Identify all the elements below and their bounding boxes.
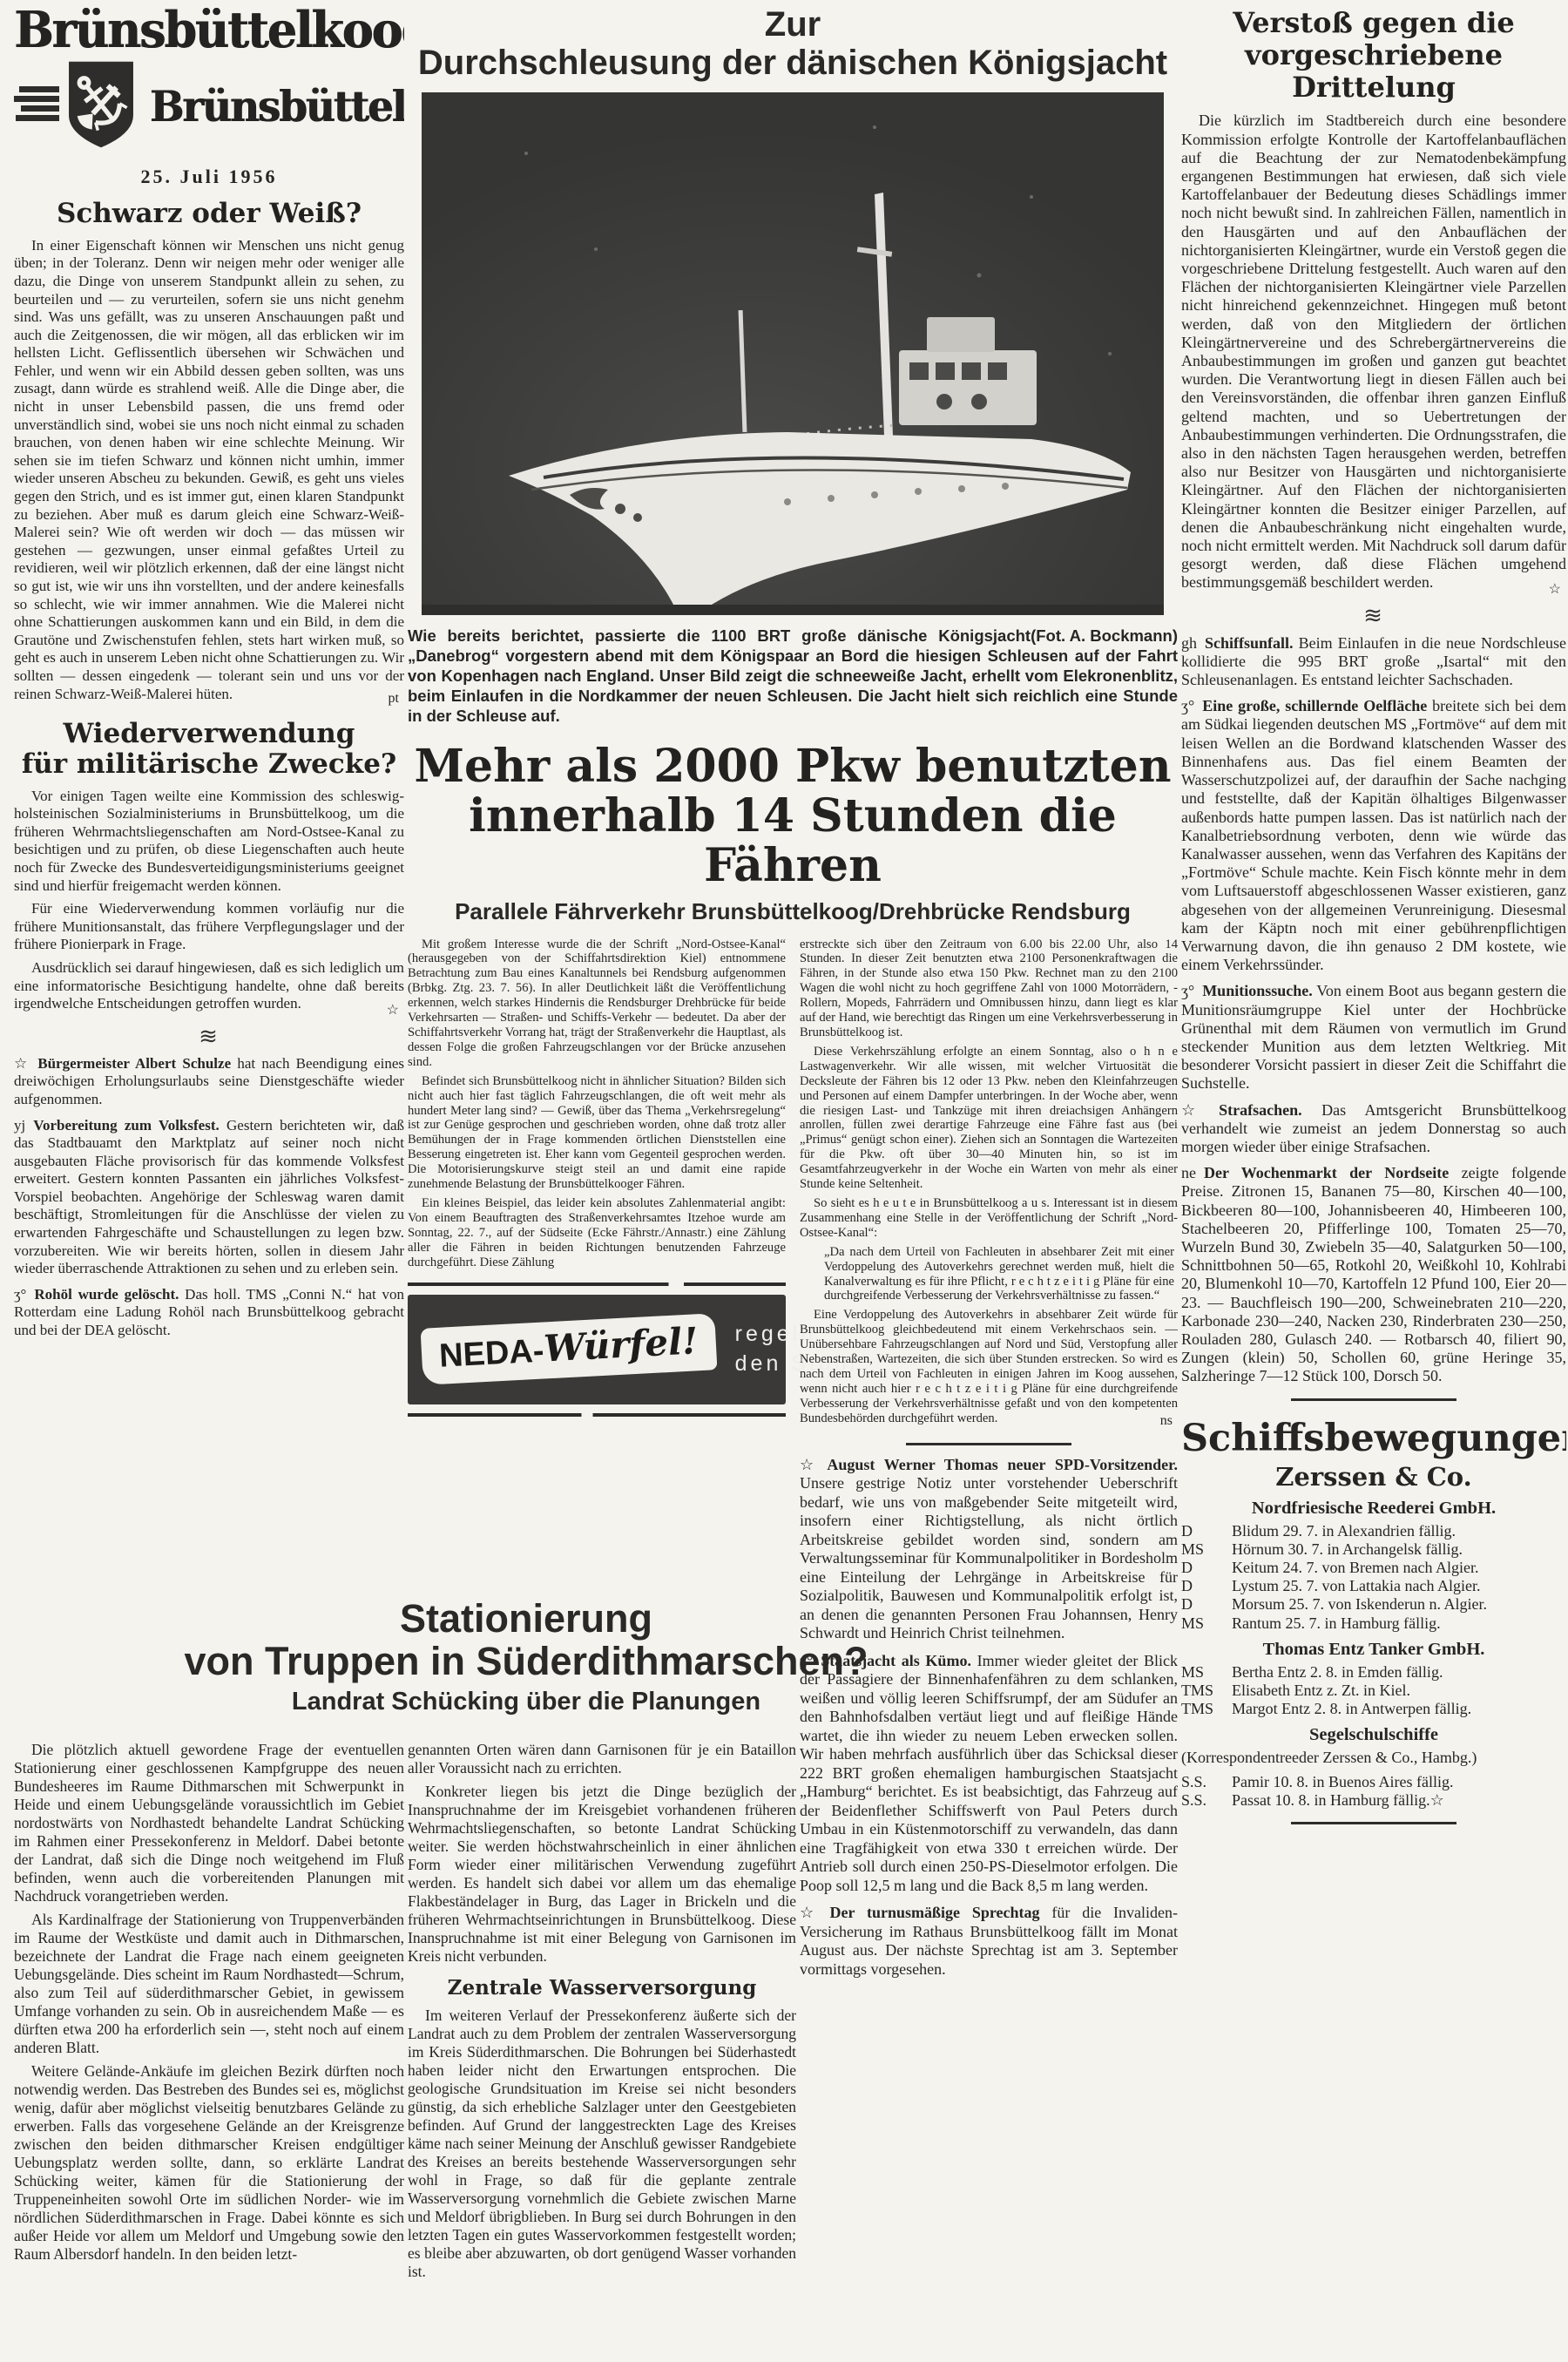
news-item: ʒ°Eine große, schillernde Oelfläche brei…: [1181, 697, 1566, 974]
ship-movements-title: Schiffsbewegungen: [1181, 1417, 1566, 1460]
paragraph: Vor einigen Tagen weilte eine Kommission…: [14, 788, 404, 896]
wave-divider-icon: ≋: [1181, 605, 1566, 627]
ship-line: DLystum 25. 7. von Lattakia nach Algier.: [1181, 1577, 1566, 1595]
coat-of-arms-shield-icon: [63, 58, 139, 155]
headline-line-2: vorgeschriebene Drittelung: [1181, 39, 1566, 104]
ship-info: Keitum 24. 7. von Bremen nach Algier.: [1232, 1559, 1478, 1577]
correspondent-note: (Korrespondentreeder Zerssen & Co., Hamb…: [1181, 1749, 1566, 1767]
stationierung-headline: Stationierung von Truppen in Süderdithma…: [21, 1598, 1031, 1716]
article-title: Wiederverwendung für militärische Zwecke…: [14, 719, 404, 779]
item-text: zeigte folgende Preise. Zitronen 15, Ban…: [1181, 1164, 1566, 1384]
shipping-company-header: Thomas Entz Tanker GmbH.: [1181, 1640, 1566, 1660]
newspaper-page: Brünsbüttelkoog: [0, 0, 1568, 2362]
news-item: yjVorbereitung zum Volksfest. Gestern be…: [14, 1117, 404, 1278]
news-item: ☆Strafsachen. Das Amtsgericht Brunsbütte…: [1181, 1101, 1566, 1157]
ship-info: Elisabeth Entz z. Zt. in Kiel.: [1232, 1682, 1410, 1700]
paragraph: Befindet sich Brunsbüttelkoog nicht in ä…: [408, 1074, 786, 1192]
ferry-article-subhead: Parallele Fährverkehr Brunsbüttelkoog/Dr…: [408, 898, 1178, 925]
star-icon: ☆: [1181, 1101, 1211, 1119]
photo-credit: (Fot. A. Bockmann): [1031, 626, 1178, 646]
paragraph: Konkreter liegen bis jetzt die Dinge bez…: [408, 1783, 796, 1966]
ship-line: DMorsum 25. 7. von Iskenderun n. Algier.: [1181, 1595, 1566, 1614]
ad-brand-text: NEDA-: [438, 1333, 544, 1375]
news-item: neDer Wochenmarkt der Nordseite zeigte f…: [1181, 1164, 1566, 1385]
paragraph: genannten Orten wären dann Garnisonen fü…: [408, 1741, 796, 1777]
title-line-1: Wiederverwendung: [14, 719, 404, 749]
news-item: ʒ°Rohöl wurde gelöscht. Das holl. TMS „C…: [14, 1286, 404, 1340]
ship-line: TMSElisabeth Entz z. Zt. in Kiel.: [1181, 1682, 1566, 1700]
news-item: ghSchiffsunfall. Beim Einlaufen in die n…: [1181, 634, 1566, 690]
stationierung-body-left: Die plötzlich aktuell gewordene Frage de…: [14, 1741, 404, 2359]
ship-info: Pamir 10. 8. in Buenos Aires fällig.: [1232, 1773, 1453, 1791]
ship-line: MSBertha Entz 2. 8. in Emden fällig.: [1181, 1663, 1566, 1682]
water-supply-subhead: Zentrale Wasserversorgung: [408, 1976, 796, 2000]
ship-line: DBlidum 29. 7. in Alexandrien fällig.: [1181, 1522, 1566, 1540]
paragraph: Ein kleines Beispiel, das leider kein ab…: [408, 1196, 786, 1270]
ad-bottom-rule: [408, 1413, 786, 1417]
issue-date: 25. Juli 1956: [14, 166, 404, 188]
article-schwarz-oder-weiss: Schwarz oder Weiß? In einer Eigenschaft …: [14, 199, 404, 708]
item-lead: Eine große, schillernde Oelfläche: [1202, 697, 1427, 714]
article-body: Die kürzlich im Stadtbereich durch eine …: [1181, 112, 1566, 592]
ad-brand-script: Würfel!: [543, 1319, 700, 1370]
ship-info: Margot Entz 2. 8. in Antwerpen fällig.: [1232, 1700, 1471, 1718]
center-news-items: ☆August Werner Thomas neuer SPD-Vorsitze…: [800, 1456, 1178, 1980]
right-news-items: ghSchiffsunfall. Beim Einlaufen in die n…: [1181, 634, 1566, 1386]
paragraph: erstreckte sich über den Zeitraum von 6.…: [800, 937, 1178, 1040]
paragraph: Im weiteren Verlauf der Pressekonferenz …: [408, 2007, 796, 2281]
quotation-paragraph: „Da nach dem Urteil von Fachleuten in ab…: [800, 1245, 1178, 1304]
neda-advertisement: NEDA-Würfel! regeln den Stuhl: [408, 1295, 786, 1404]
paragraph: Eine Verdoppelung des Autoverkehrs in ab…: [800, 1308, 1178, 1425]
typesetter-mark-icon: gh: [1181, 634, 1197, 652]
paragraph: Für eine Wiederverwendung kommen vorläuf…: [14, 900, 404, 954]
ship-info: Passat 10. 8. in Hamburg fällig.: [1232, 1791, 1430, 1810]
ship-info: Blidum 29. 7. in Alexandrien fällig.: [1232, 1522, 1456, 1540]
typesetter-mark-icon: ne: [1181, 1164, 1196, 1181]
right-column: Verstoß gegen die vorgeschriebene Dritte…: [1181, 7, 1566, 2359]
masthead-row: Brünsbüttel: [14, 58, 404, 155]
ship-type: S.S.: [1181, 1773, 1232, 1791]
item-lead: Der Wochenmarkt der Nordseite: [1204, 1164, 1449, 1181]
ad-top-rule: [408, 1283, 786, 1286]
news-item: ☆Der turnusmäßige Sprechtag für die Inva…: [800, 1904, 1178, 1979]
news-item: ☆Bürgermeister Albert Schulze hat nach B…: [14, 1055, 404, 1109]
ship-type: TMS: [1181, 1700, 1232, 1718]
ferry-article-headline: Mehr als 2000 Pkw benutzten innerhalb 14…: [408, 741, 1178, 891]
shipping-company-header: Segelschulschiffe: [1181, 1725, 1566, 1745]
paragraph: Mit großem Interesse wurde die der Schri…: [408, 937, 786, 1070]
yacht-night-photo: [422, 92, 1164, 615]
section-rule: [1291, 1398, 1456, 1401]
title-line-2: für militärische Zwecke?: [14, 749, 404, 780]
wave-divider-icon: ≋: [14, 1025, 404, 1048]
paragraph: Weitere Gelände-Ankäufe im gleichen Bezi…: [14, 2062, 404, 2264]
item-lead: Strafsachen.: [1219, 1101, 1302, 1119]
paragraph: Diese Verkehrszählung erfolgte an einem …: [800, 1045, 1178, 1192]
article-body: In einer Eigenschaft können wir Menschen…: [14, 237, 404, 703]
article-title: Schwarz oder Weiß?: [14, 199, 404, 229]
ship-line: S.S.Pamir 10. 8. in Buenos Aires fällig.: [1181, 1773, 1566, 1791]
ship-line: DKeitum 24. 7. von Bremen nach Algier.: [1181, 1559, 1566, 1577]
ferry-subcolumn-right: erstreckte sich über den Zeitraum von 6.…: [800, 937, 1178, 1988]
ship-movements-section: Schiffsbewegungen Zerssen & Co. Nordfrie…: [1181, 1417, 1566, 1824]
local-news-items: ☆Bürgermeister Albert Schulze hat nach B…: [14, 1055, 404, 1340]
headline-line-1: Stationierung: [21, 1598, 1031, 1641]
headline-line-1: Verstoß gegen die: [1181, 7, 1566, 39]
ship-type: D: [1181, 1559, 1232, 1577]
masthead-title-top: Brünsbüttelkoog: [14, 5, 381, 55]
stationierung-body-middle: genannten Orten wären dann Garnisonen fü…: [408, 1741, 796, 2359]
ship-info: Morsum 25. 7. von Iskenderun n. Algier.: [1232, 1595, 1487, 1614]
star-icon: ☆: [14, 1055, 30, 1072]
item-lead: Bürgermeister Albert Schulze: [37, 1055, 231, 1072]
item-lead: Rohöl wurde gelöscht.: [34, 1286, 179, 1303]
headline-line-2: innerhalb 14 Stunden die Fähren: [408, 791, 1178, 890]
end-star-mark: ☆: [1430, 1791, 1444, 1810]
squiggle-mark-icon: ʒ°: [14, 1286, 26, 1303]
ship-info: Bertha Entz 2. 8. in Emden fällig.: [1232, 1663, 1443, 1682]
masthead-title-bottom: Brünsbüttel: [150, 85, 404, 128]
item-lead: Der turnusmäßige Sprechtag: [829, 1904, 1039, 1921]
ship-info: Rantum 25. 7. in Hamburg fällig.: [1232, 1614, 1441, 1633]
item-lead: Munitionssuche.: [1202, 982, 1313, 999]
ship-line: MSHörnum 30. 7. in Archangelsk fällig.: [1181, 1540, 1566, 1559]
headline-subtitle: Landrat Schücking über die Planungen: [21, 1688, 1031, 1716]
ferry-text-continued: erstreckte sich über den Zeitraum von 6.…: [800, 937, 1178, 1431]
royal-yacht-headline: Zur Durchschleusung der dänischen Königs…: [408, 5, 1178, 82]
ship-type: D: [1181, 1595, 1232, 1614]
speed-lines-left-icon: [14, 81, 59, 132]
item-text: breitete sich bei dem am Südkai liegende…: [1181, 697, 1566, 973]
ship-type: D: [1181, 1522, 1232, 1540]
ship-line: MSRantum 25. 7. in Hamburg fällig.: [1181, 1614, 1566, 1633]
article-wiederverwendung: Wiederverwendung für militärische Zwecke…: [14, 719, 404, 1019]
news-item: ʒ°Munitionssuche. Von einem Boot aus beg…: [1181, 982, 1566, 1093]
shipping-company-header: Nordfriesische Reederei GmbH.: [1181, 1499, 1566, 1519]
left-column: Brünsbüttelkoog: [14, 5, 404, 1732]
headline-line-2: Durchschleusung der dänischen Königsjach…: [408, 44, 1178, 82]
ship-info: Hörnum 30. 7. in Archangelsk fällig.: [1232, 1540, 1463, 1559]
section-rule: [906, 1443, 1071, 1445]
item-lead: August Werner Thomas neuer SPD-Vorsitzen…: [827, 1456, 1178, 1473]
ship-type: MS: [1181, 1540, 1232, 1559]
ship-type: TMS: [1181, 1682, 1232, 1700]
ship-type: S.S.: [1181, 1791, 1232, 1810]
squiggle-mark-icon: ʒ°: [1181, 982, 1194, 999]
item-lead: Schiffsunfall.: [1205, 634, 1294, 652]
drittelung-headline: Verstoß gegen die vorgeschriebene Dritte…: [1181, 7, 1566, 103]
headline-line-1: Zur: [408, 5, 1178, 44]
headline-line-1: Mehr als 2000 Pkw benutzten: [408, 741, 1178, 791]
headline-line-2: von Truppen in Süderdithmarschen?: [21, 1641, 1031, 1683]
item-lead: Vorbereitung zum Volksfest.: [33, 1117, 220, 1134]
ad-ribbon: NEDA-Würfel!: [421, 1313, 718, 1385]
typesetter-mark-icon: yj: [14, 1117, 25, 1134]
ship-type: D: [1181, 1577, 1232, 1595]
ship-type: MS: [1181, 1614, 1232, 1633]
ship-line: S.S.Passat 10. 8. in Hamburg fällig.☆: [1181, 1791, 1566, 1810]
section-rule: [1291, 1822, 1456, 1824]
ship-line: TMSMargot Entz 2. 8. in Antwerpen fällig…: [1181, 1700, 1566, 1718]
paragraph: Als Kardinalfrage der Stationierung von …: [14, 1911, 404, 2057]
star-icon: ☆: [800, 1456, 819, 1473]
paragraph: So sieht es h e u t e in Brunsbüttelkoog…: [800, 1196, 1178, 1241]
photo-caption: (Fot. A. Bockmann) Wie bereits berichtet…: [408, 626, 1178, 726]
paragraph: Die plötzlich aktuell gewordene Frage de…: [14, 1741, 404, 1905]
star-icon: ☆: [800, 1904, 821, 1921]
item-text: Gestern berichteten wir, daß das Stadtba…: [14, 1117, 404, 1277]
squiggle-mark-icon: ʒ°: [1181, 697, 1194, 714]
ship-type: MS: [1181, 1663, 1232, 1682]
ship-movements-agency: Zerssen & Co.: [1181, 1462, 1566, 1492]
ship-info: Lystum 25. 7. von Lattakia nach Algier.: [1232, 1577, 1480, 1595]
